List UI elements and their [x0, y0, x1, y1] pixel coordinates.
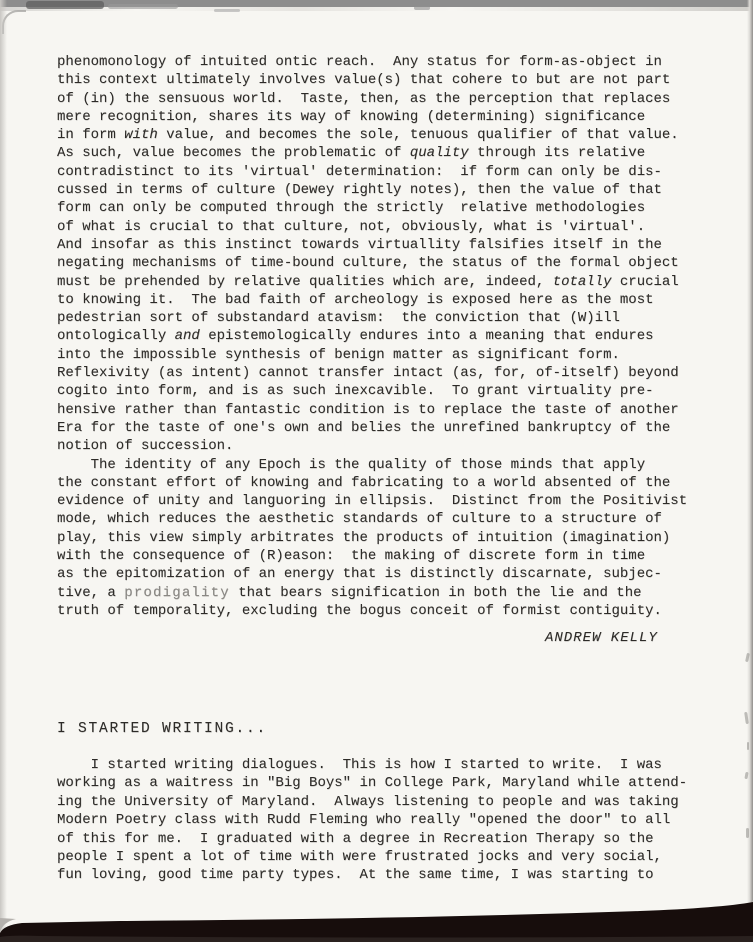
text-line: of what is crucial to that culture, not,…: [57, 218, 687, 236]
text-line: people I spent a lot of time with were f…: [57, 848, 687, 866]
text-line: of this for me. I graduated with a degre…: [57, 830, 687, 848]
text-line: cogito into form, and is as such inexcav…: [57, 382, 687, 400]
text-line: The identity of any Epoch is the quality…: [57, 456, 687, 474]
text-line: this context ultimately involves value(s…: [57, 71, 687, 89]
text-line: Reflexivity (as intent) cannot transfer …: [57, 364, 687, 382]
scan-speck: [747, 742, 749, 750]
text-line: ontologically and epistemologically endu…: [57, 327, 687, 345]
essay-byline: ANDREW KELLY: [545, 630, 658, 646]
text-line: must be prehended by relative qualities …: [57, 273, 687, 291]
scan-edge-left: [0, 0, 7, 942]
text-line: with the consequence of (R)eason: the ma…: [57, 547, 687, 565]
text-line: And insofar as this instinct towards vir…: [57, 236, 687, 254]
scan-smudge: [26, 1, 104, 9]
text-line: in form with value, and becomes the sole…: [57, 126, 687, 144]
text-line: working as a waitress in "Big Boys" in C…: [57, 774, 687, 792]
text-line: I started writing dialogues. This is how…: [57, 756, 687, 774]
scan-edge-right: [747, 0, 753, 942]
text-line: the constant effort of knowing and fabri…: [57, 474, 687, 492]
text-line: notion of succession.: [57, 437, 687, 455]
text-line: Modern Poetry class with Rudd Fleming wh…: [57, 811, 687, 829]
text-line: evidence of unity and languoring in elli…: [57, 492, 687, 510]
text-line: into the impossible synthesis of benign …: [57, 346, 687, 364]
text-line: of (in) the sensuous world. Taste, then,…: [57, 90, 687, 108]
text-line: contradistinct to its 'virtual' determin…: [57, 163, 687, 181]
scan-smudge: [108, 4, 178, 9]
scan-smudge: [414, 6, 430, 10]
text-line: pedestrian sort of substandard atavism: …: [57, 309, 687, 327]
text-line: tive, a prodigality that bears significa…: [57, 584, 687, 602]
scan-speck: [746, 828, 749, 838]
scan-smudge: [214, 9, 240, 12]
text-line: negating mechanisms of time-bound cultur…: [57, 254, 687, 272]
text-line: as the epitomization of an energy that i…: [57, 565, 687, 583]
section2-paragraph: I started writing dialogues. This is how…: [57, 756, 687, 885]
emphasized-word: totally: [553, 274, 612, 290]
text-line: ing the University of Maryland. Always l…: [57, 793, 687, 811]
text-line: form can only be computed through the st…: [57, 199, 687, 217]
text-line: mere recognition, shares its way of know…: [57, 108, 687, 126]
emphasized-word: with: [124, 127, 158, 143]
text-line: to knowing it. The bad faith of archeolo…: [57, 291, 687, 309]
text-line: truth of temporality, excluding the bogu…: [57, 602, 687, 620]
text-line: cussed in terms of culture (Dewey rightl…: [57, 181, 687, 199]
text-line: phenomonology of intuited ontic reach. A…: [57, 53, 687, 71]
text-line: fun loving, good time party types. At th…: [57, 866, 687, 884]
scanned-page: phenomonology of intuited ontic reach. A…: [0, 0, 753, 942]
scan-edge-bottom: [0, 892, 753, 942]
text-line: hensive rather than fantastic condition …: [57, 401, 687, 419]
emphasized-word: and: [175, 328, 200, 344]
emphasized-word: quality: [410, 145, 469, 161]
text-line: mode, which reduces the aesthetic standa…: [57, 510, 687, 528]
text-line: play, this view simply arbitrates the pr…: [57, 529, 687, 547]
text-line: As such, value becomes the problematic o…: [57, 144, 687, 162]
essay-body: phenomonology of intuited ontic reach. A…: [57, 53, 687, 620]
section-heading: I STARTED WRITING...: [57, 721, 267, 737]
text-line: Era for the taste of one's own and belie…: [57, 419, 687, 437]
emphasized-word: prodigality: [124, 585, 230, 601]
